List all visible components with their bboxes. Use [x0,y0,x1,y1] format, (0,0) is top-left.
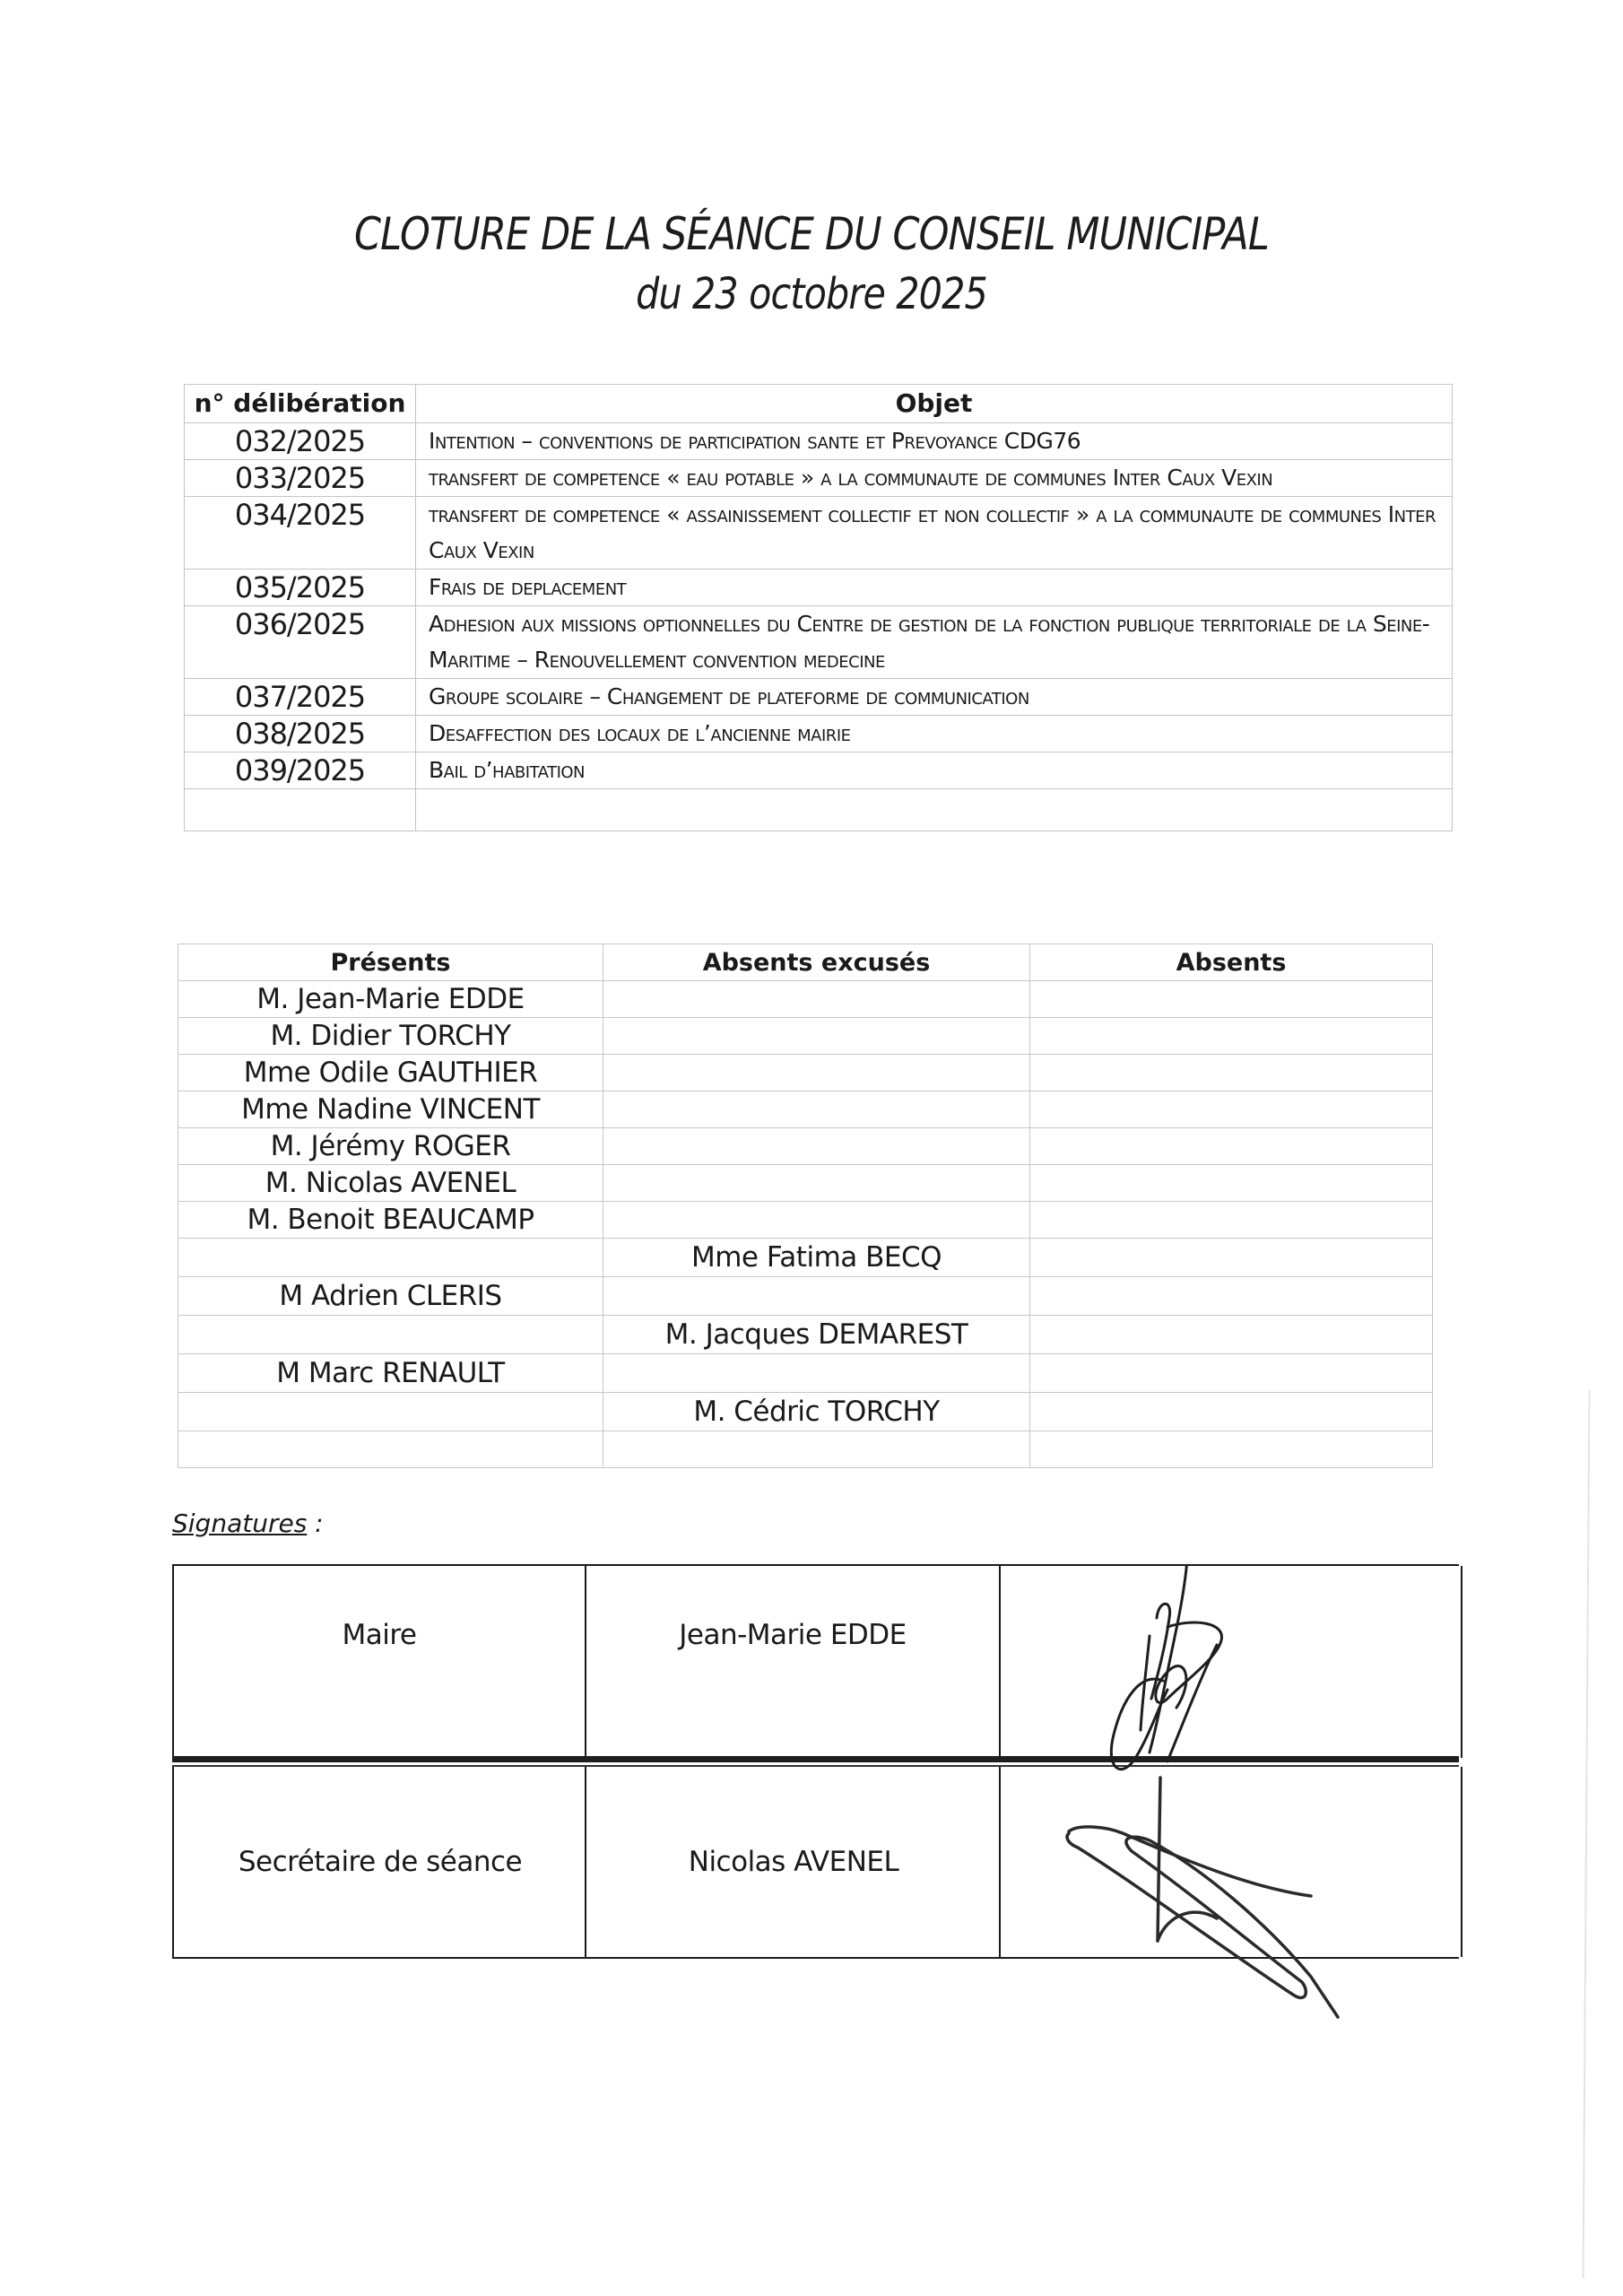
deliberation-number: 036/2025 [185,606,416,679]
signature-cell [999,1566,1462,1758]
header-present: Présents [178,944,603,981]
deliberation-number: 033/2025 [185,460,416,497]
deliberation-row: 038/2025Desaffection des locaux de l’anc… [185,716,1453,752]
attendance-row: Mme Fatima BECQ [178,1239,1433,1277]
attendance-present-cell: M. Jean-Marie EDDE [178,981,603,1018]
attendance-absent-cell [1030,1277,1433,1316]
header-subject: Objet [416,385,1453,423]
attendance-excused-cell [603,1018,1030,1055]
deliberation-subject: Groupe scolaire – Changement de platefor… [416,679,1453,716]
header-excused: Absents excusés [603,944,1030,981]
deliberation-subject: transfert de competence « eau potable » … [416,460,1453,497]
attendance-row: M. Jacques DEMAREST [178,1316,1433,1354]
deliberation-row: 033/2025transfert de competence « eau po… [185,460,1453,497]
attendance-row: Mme Odile GAUTHIER [178,1055,1433,1091]
attendance-absent-cell [1030,1202,1433,1239]
deliberation-subject: Bail d’habitation [416,752,1453,789]
signature-separator [172,1756,1459,1762]
scan-artifact-line [1583,1390,1591,2278]
signature-role: Maire [172,1566,585,1758]
attendance-absent-cell [1030,981,1433,1018]
attendance-present-cell [178,1316,603,1354]
attendance-row: M. Didier TORCHY [178,1018,1433,1055]
attendance-absent-cell [1030,1165,1433,1202]
signature-name: Nicolas AVENEL [585,1767,1001,1957]
deliberation-number: 034/2025 [185,497,416,570]
attendance-present-cell [178,1393,603,1431]
signatures-label: Signatures : [172,1509,324,1538]
document-title: CLOTURE DE LA SÉANCE DU CONSEIL MUNICIPA… [114,208,1510,260]
signature-cell [999,1767,1462,1957]
deliberation-subject: Intention – conventions de participation… [416,423,1453,460]
empty-cell [416,789,1453,831]
deliberation-row: 032/2025Intention – conventions de parti… [185,423,1453,460]
attendance-row: M. Jérémy ROGER [178,1128,1433,1165]
signatures-table: Maire Jean-Marie EDDE Secrétaire de séan… [172,1564,1459,1986]
deliberation-row: 039/2025Bail d’habitation [185,752,1453,789]
attendance-absent-cell [1030,1316,1433,1354]
attendance-present-cell: M Marc RENAULT [178,1354,603,1393]
deliberation-number: 038/2025 [185,716,416,752]
signature-role: Secrétaire de séance [172,1767,586,1957]
attendance-absent-cell [1030,1431,1433,1468]
attendance-present-cell [178,1239,603,1277]
attendance-absent-cell [1030,1239,1433,1277]
deliberation-number: 035/2025 [185,570,416,606]
deliberation-subject: Frais de deplacement [416,570,1453,606]
deliberation-subject: Desaffection des locaux de l’ancienne ma… [416,716,1453,752]
deliberation-number: 032/2025 [185,423,416,460]
attendance-excused-cell [603,1128,1030,1165]
attendance-present-cell: Mme Nadine VINCENT [178,1091,603,1128]
attendance-absent-cell [1030,1354,1433,1393]
attendance-absent-cell [1030,1393,1433,1431]
signature-row-mayor: Maire Jean-Marie EDDE [172,1564,1459,1758]
attendance-present-cell [178,1431,603,1468]
attendance-excused-cell [603,1354,1030,1393]
attendance-row: M. Benoit BEAUCAMP [178,1202,1433,1239]
attendance-excused-cell: M. Cédric TORCHY [603,1393,1030,1431]
attendance-present-cell: M. Didier TORCHY [178,1018,603,1055]
attendance-row: Mme Nadine VINCENT [178,1091,1433,1128]
attendance-row: M. Cédric TORCHY [178,1393,1433,1431]
attendance-row: M. Jean-Marie EDDE [178,981,1433,1018]
attendance-row [178,1431,1433,1468]
header-deliberation-number: n° délibération [185,385,416,423]
attendance-absent-cell [1030,1128,1433,1165]
attendance-present-cell: M. Jérémy ROGER [178,1128,603,1165]
attendance-excused-cell [603,1277,1030,1316]
signature-row-secretary: Secrétaire de séance Nicolas AVENEL [172,1767,1459,1959]
header-absent: Absents [1030,944,1433,981]
attendance-excused-cell [603,981,1030,1018]
attendance-absent-cell [1030,1091,1433,1128]
attendance-row: M Marc RENAULT [178,1354,1433,1393]
attendance-excused-cell [603,1202,1030,1239]
deliberation-subject: transfert de competence « assainissement… [416,497,1453,570]
document-page: CLOTURE DE LA SÉANCE DU CONSEIL MUNICIPA… [0,0,1623,2296]
deliberation-row-empty [185,789,1453,831]
deliberation-row: 034/2025transfert de competence « assain… [185,497,1453,570]
attendance-present-cell: M Adrien CLERIS [178,1277,603,1316]
attendance-excused-cell [603,1431,1030,1468]
deliberation-subject: Adhesion aux missions optionnelles du Ce… [416,606,1453,679]
attendance-absent-cell [1030,1055,1433,1091]
deliberation-row: 035/2025Frais de deplacement [185,570,1453,606]
attendance-absent-cell [1030,1018,1433,1055]
attendance-header-row: Présents Absents excusés Absents [178,944,1433,981]
attendance-excused-cell [603,1091,1030,1128]
deliberation-row: 037/2025Groupe scolaire – Changement de … [185,679,1453,716]
attendance-excused-cell [603,1055,1030,1091]
deliberation-number: 039/2025 [185,752,416,789]
attendance-row: M Adrien CLERIS [178,1277,1433,1316]
attendance-excused-cell [603,1165,1030,1202]
attendance-excused-cell: Mme Fatima BECQ [603,1239,1030,1277]
attendance-row: M. Nicolas AVENEL [178,1165,1433,1202]
attendance-present-cell: Mme Odile GAUTHIER [178,1055,603,1091]
deliberation-number: 037/2025 [185,679,416,716]
signature-name: Jean-Marie EDDE [585,1566,999,1758]
deliberations-table: n° délibération Objet 032/2025Intention … [184,384,1453,831]
document-date: du 23 octobre 2025 [114,269,1510,319]
deliberation-row: 036/2025Adhesion aux missions optionnell… [185,606,1453,679]
attendance-table: Présents Absents excusés Absents M. Jean… [178,944,1433,1468]
attendance-excused-cell: M. Jacques DEMAREST [603,1316,1030,1354]
attendance-present-cell: M. Benoit BEAUCAMP [178,1202,603,1239]
attendance-present-cell: M. Nicolas AVENEL [178,1165,603,1202]
deliberations-header-row: n° délibération Objet [185,385,1453,423]
empty-cell [185,789,416,831]
